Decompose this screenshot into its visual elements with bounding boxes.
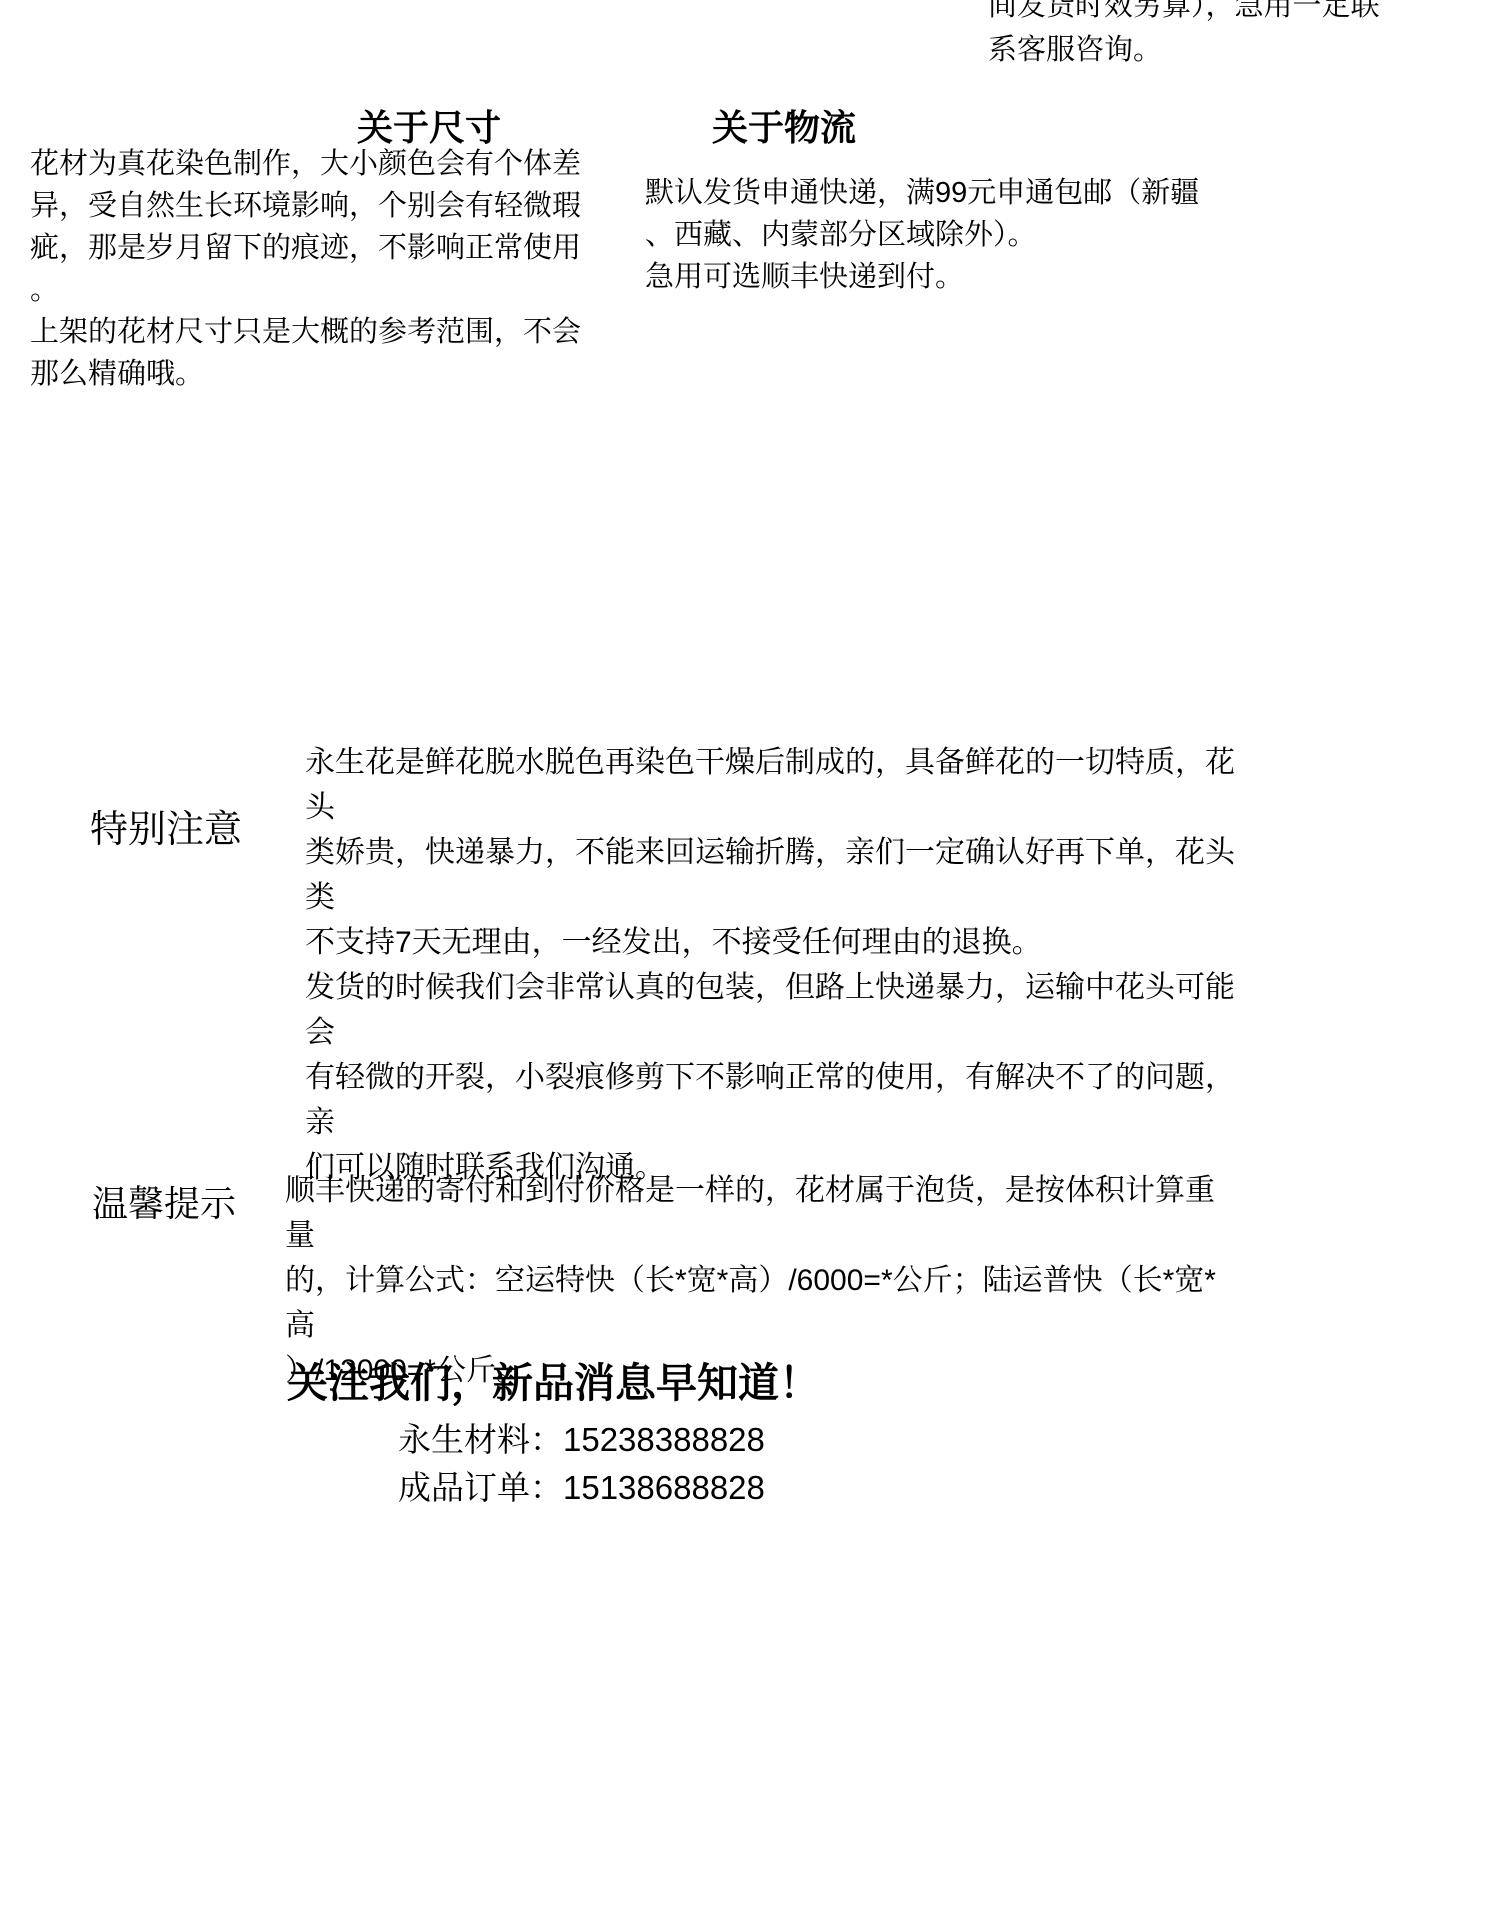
contact-line-materials: 永生材料：15238388828 [398, 1416, 765, 1464]
top-clipped-notice-text: 间发货时效另算），急用一定联 系客服咨询。 [988, 0, 1428, 72]
contact-line-orders: 成品订单：15138688828 [398, 1464, 765, 1512]
size-section-body: 花材为真花染色制作，大小颜色会有个体差 异，受自然生长环境影响，个别会有轻微瑕 … [30, 143, 590, 395]
follow-us-heading: 关注我们，新品消息早知道！ [287, 1350, 820, 1409]
logistics-section-title: 关于物流 [712, 100, 856, 151]
tips-label: 温馨提示 [92, 1176, 236, 1227]
special-notice-label: 特别注意 [90, 798, 242, 853]
product-description-page: 间发货时效另算），急用一定联 系客服咨询。 关于尺寸 花材为真花染色制作，大小颜… [0, 0, 1500, 1920]
contact-list: 永生材料：15238388828 成品订单：15138688828 [398, 1416, 765, 1512]
logistics-section-body: 默认发货申通快递，满99元申通包邮（新疆 、西藏、内蒙部分区域除外）。 急用可选… [645, 172, 1215, 298]
special-notice-body: 永生花是鲜花脱水脱色再染色干燥后制成的，具备鲜花的一切特质，花头 类娇贵，快递暴… [305, 740, 1240, 1190]
